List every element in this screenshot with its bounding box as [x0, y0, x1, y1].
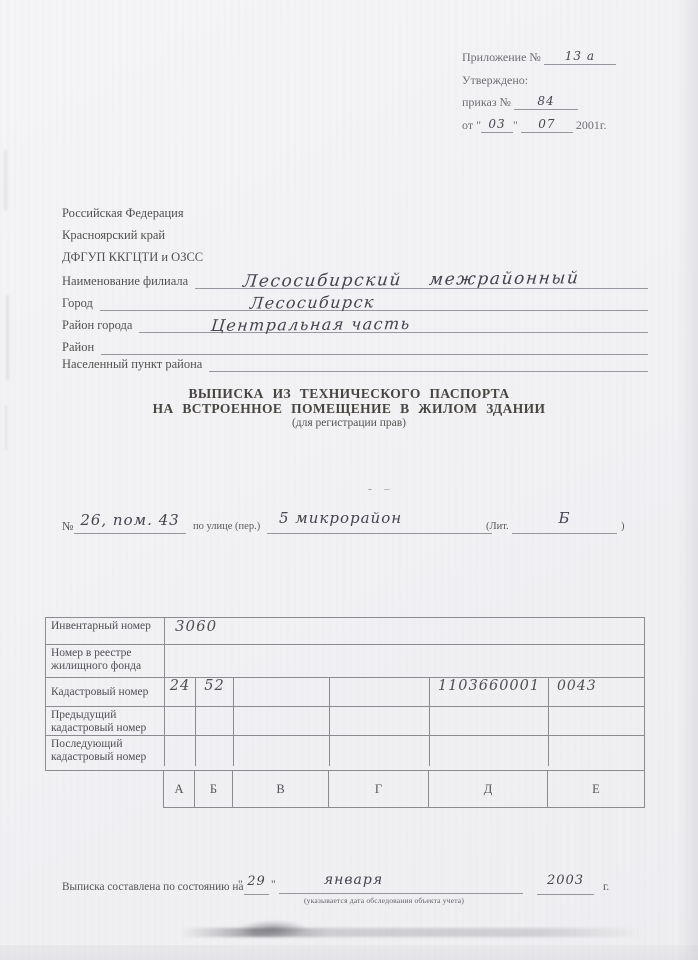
field-city-district-label: Район города [62, 318, 132, 333]
order-number-handwritten: 84 [514, 95, 578, 110]
row-label: Кадастровый номер [46, 678, 165, 706]
empty-cell [165, 707, 196, 735]
row-label: Инвентарный номер [46, 618, 165, 644]
asof-year-handwritten: 2003 [537, 874, 594, 895]
empty-cell [549, 736, 644, 766]
stray-dash-small: - [368, 483, 375, 495]
address-number-sign: № [62, 519, 73, 534]
field-city-district-value-handwritten: Центральная часть [210, 314, 412, 335]
field-branch-underline: Лесосибирский межрайонный [195, 272, 648, 289]
row-label: Номер в реестре жилищного фонда [46, 645, 165, 677]
liter-value-handwritten: Б [512, 510, 617, 534]
street-label: по улице (пер.) [193, 521, 260, 532]
empty-cell [549, 707, 644, 735]
scan-bottom-edge [0, 945, 698, 960]
empty-cell [165, 736, 196, 766]
inventory-number-handwritten: 3060 [165, 618, 644, 644]
scan-artifact-left-2 [6, 295, 9, 380]
scan-right-edge-shade [678, 0, 698, 960]
asof-quote-open: " [238, 879, 243, 891]
empty-cell [234, 707, 330, 735]
scan-smudge-blob [238, 920, 308, 938]
field-branch: Наименование филиала Лесосибирский межра… [62, 272, 648, 289]
field-branch-value-handwritten: Лесосибирский межрайонный [242, 268, 580, 292]
empty-cell [234, 736, 330, 766]
asof-month-handwritten: января [279, 872, 523, 894]
appendix-label: Приложение № [462, 50, 541, 64]
field-settlement-label: Населенный пункт района [62, 357, 202, 372]
asof-label: Выписка составлена по состоянию на [62, 881, 243, 893]
row-label: Предыдущий кадастровый номер [46, 707, 165, 735]
org-name: ДФГУП ККГЦТИ и ОЗСС [62, 250, 203, 265]
doc-title-line1: ВЫПИСКА ИЗ ТЕХНИЧЕСКОГО ПАСПОРТА [0, 386, 698, 402]
table-row-previous-cadastral: Предыдущий кадастровый номер [46, 707, 644, 736]
column-letter-e: Е [548, 771, 644, 807]
table-row-cadastral: Кадастровый номер 24 52 1103660001 0043 [46, 678, 644, 707]
liter-label: (Лит. [486, 521, 509, 532]
doc-title-line2: НА ВСТРОЕННОЕ ПОМЕЩЕНИЕ В ЖИЛОМ ЗДАНИИ [0, 401, 698, 417]
column-letter-d: Д [429, 771, 548, 807]
field-district-underline [101, 338, 648, 355]
asof-note: (указывается дата обследования объекта у… [277, 896, 491, 905]
approved-label: Утверждено: [462, 73, 528, 87]
scan-smudge-band [180, 928, 645, 937]
empty-cell [196, 736, 234, 766]
field-district: Район [62, 338, 648, 355]
date-month-handwritten: 07 [521, 118, 573, 133]
stray-dash-long: – [384, 483, 393, 495]
column-letter-g: Г [329, 771, 429, 807]
date-year: 2001г. [576, 118, 607, 132]
field-city-underline: Лесосибирск [100, 294, 648, 311]
org-country: Российская Федерация [62, 206, 184, 221]
liter-close-paren: ) [621, 521, 625, 532]
cadastral-col-b-handwritten: 52 [196, 678, 234, 706]
table-row-registry-number: Номер в реестре жилищного фонда [46, 645, 644, 678]
org-region: Красноярский край [62, 228, 165, 243]
empty-cell [330, 707, 430, 735]
order-line: приказ № 84 [462, 95, 687, 118]
empty-cell [430, 736, 549, 766]
approval-block: Приложение № 13 а Утверждено: приказ № 8… [462, 50, 687, 140]
field-city-label: Город [62, 296, 93, 311]
cadastral-col-v [234, 678, 330, 706]
appendix-line: Приложение № 13 а [462, 50, 687, 73]
asof-day-handwritten: 29 [244, 875, 269, 895]
empty-cell [196, 707, 234, 735]
field-settlement-underline [209, 355, 648, 372]
cadastral-col-g [330, 678, 430, 706]
field-branch-label: Наименование филиала [62, 274, 188, 289]
asof-quote-close: " [271, 879, 276, 891]
street-value-handwritten: 5 микрорайон [267, 510, 492, 534]
appendix-number-handwritten: 13 а [544, 50, 616, 65]
date-day-handwritten: 03 [481, 118, 513, 133]
table-column-letters-row: А Б В Г Д Е [163, 771, 645, 808]
registry-table: Инвентарный номер 3060 Номер в реестре ж… [45, 617, 645, 771]
field-city-district-underline: Центральная часть [139, 316, 648, 333]
scanned-document-page: Приложение № 13 а Утверждено: приказ № 8… [0, 0, 698, 960]
registry-number-cell [165, 645, 644, 677]
column-letter-v: В [233, 771, 329, 807]
cadastral-col-d-handwritten: 1103660001 [430, 678, 549, 706]
doc-subtitle: (для регистрации прав) [0, 417, 698, 429]
cadastral-col-a-handwritten: 24 [165, 678, 196, 706]
scan-artifact-left-1 [4, 150, 7, 210]
empty-cell [430, 707, 549, 735]
table-row-subsequent-cadastral: Последующий кадастровый номер [46, 736, 644, 766]
field-city: Город Лесосибирск [62, 294, 648, 311]
column-letter-b: Б [195, 771, 233, 807]
approved-line: Утверждено: [462, 73, 687, 96]
date-prefix: от [462, 118, 473, 132]
field-district-label: Район [62, 340, 94, 355]
table-row-inventory: Инвентарный номер 3060 [46, 618, 644, 645]
column-letter-a: А [164, 771, 195, 807]
address-number-handwritten: 26, пом. 43 [74, 512, 186, 534]
field-city-district: Район города Центральная часть [62, 316, 648, 333]
row-label: Последующий кадастровый номер [46, 736, 165, 766]
order-date-line: от "03" 07 2001г. [462, 118, 687, 141]
cadastral-col-e-handwritten: 0043 [549, 678, 644, 706]
asof-year-unit: г. [603, 881, 609, 893]
field-city-value-handwritten: Лесосибирск [249, 292, 376, 312]
empty-cell [330, 736, 430, 766]
field-settlement: Населенный пункт района [62, 355, 648, 372]
order-label: приказ № [462, 95, 511, 109]
quote-close: " [513, 118, 518, 132]
